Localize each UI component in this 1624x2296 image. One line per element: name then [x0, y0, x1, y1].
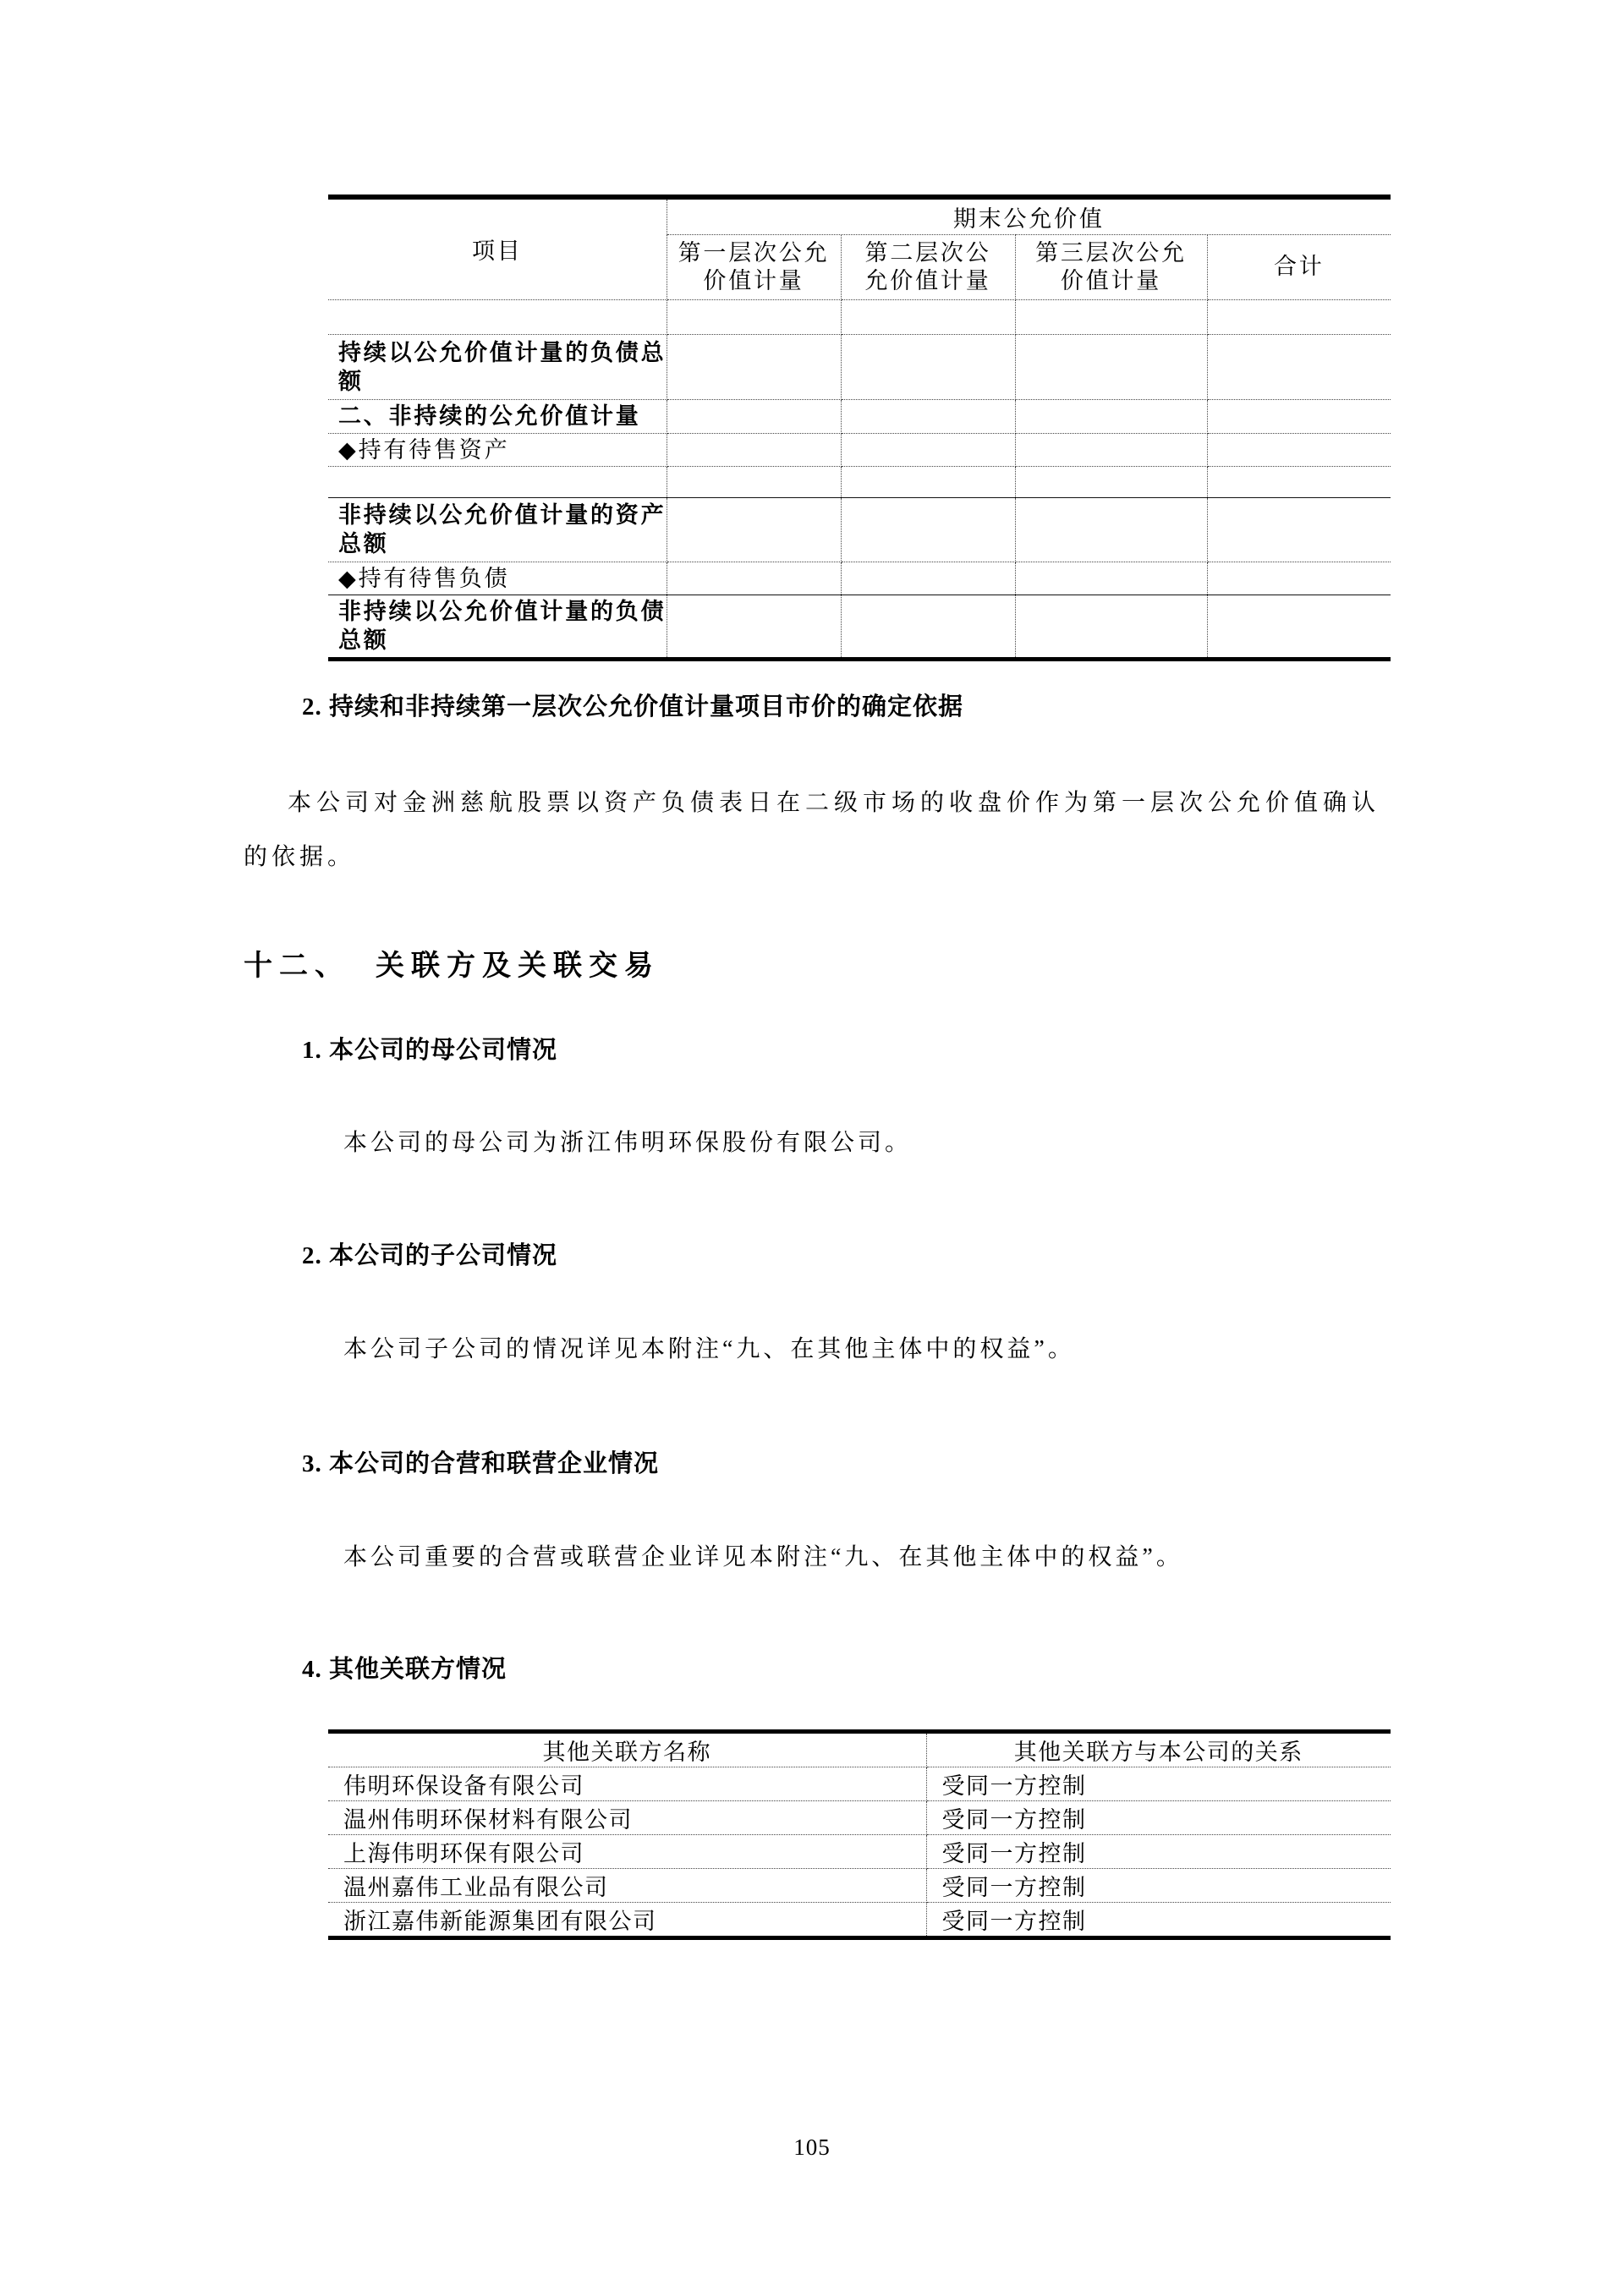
value-cell-level1 — [667, 433, 841, 466]
related-party-name: 上海伟明环保有限公司 — [328, 1835, 926, 1869]
value-cell-level3 — [1015, 466, 1207, 497]
table-row — [328, 466, 1391, 497]
header-line: 价值计量 — [667, 267, 841, 295]
value-cell-level3 — [1015, 433, 1207, 466]
header-line: 第二层次公 — [842, 239, 1015, 267]
chapter-heading: 十二、关联方及关联交易 — [244, 952, 660, 981]
level2-column-header: 第二层次公 允价值计量 — [841, 234, 1015, 299]
header-line: 允价值计量 — [842, 267, 1015, 295]
level3-column-header: 第三层次公允 价值计量 — [1015, 234, 1207, 299]
header-line: 第一层次公允 — [667, 239, 841, 267]
subsection-heading: 2. 本公司的子公司情况 — [302, 1244, 557, 1269]
chapter-number: 十二、 — [244, 951, 350, 982]
period-end-fair-value-header: 期末公允价值 — [667, 197, 1391, 234]
related-party-name: 伟明环保设备有限公司 — [328, 1767, 926, 1801]
value-cell-level3 — [1015, 299, 1207, 334]
related-party-relation-header: 其他关联方与本公司的关系 — [926, 1732, 1391, 1767]
value-cell-level1 — [667, 299, 841, 334]
value-cell-level3 — [1015, 399, 1207, 433]
related-party-name: 温州嘉伟工业品有限公司 — [328, 1869, 926, 1903]
value-cell-total — [1207, 299, 1391, 334]
related-party-name: 浙江嘉伟新能源集团有限公司 — [328, 1903, 926, 1938]
total-column-header: 合计 — [1207, 234, 1391, 299]
value-cell-total — [1207, 466, 1391, 497]
value-cell-level2 — [841, 562, 1015, 595]
value-cell-level2 — [841, 466, 1015, 497]
section-heading: 2. 持续和非持续第一层次公允价值计量项目市价的确定依据 — [302, 695, 963, 720]
value-cell-level3 — [1015, 595, 1207, 659]
table-row: ◆持有待售资产 — [328, 433, 1391, 466]
value-cell-level2 — [841, 433, 1015, 466]
row-label: ◆持有待售负债 — [328, 562, 667, 595]
subsection-heading: 3. 本公司的合营和联营企业情况 — [302, 1452, 659, 1477]
paragraph-line: 本公司重要的合营或联营企业详见本附注“九、在其他主体中的权益”。 — [343, 1546, 1183, 1570]
level1-column-header: 第一层次公允 价值计量 — [667, 234, 841, 299]
paragraph-line: 本公司子公司的情况详见本附注“九、在其他主体中的权益”。 — [343, 1338, 1075, 1362]
paragraph-line: 本公司对金洲慈航股票以资产负债表日在二级市场的收盘价作为第一层次公允价值确认 — [288, 792, 1380, 815]
value-cell-total — [1207, 595, 1391, 659]
table-header-row: 项目 期末公允价值 — [328, 197, 1391, 234]
table-row: 浙江嘉伟新能源集团有限公司 受同一方控制 — [328, 1903, 1391, 1938]
row-label: 持续以公允价值计量的负债总额 — [328, 334, 667, 399]
value-cell-level1 — [667, 562, 841, 595]
row-label: 非持续以公允价值计量的负债总额 — [328, 595, 667, 659]
related-party-name: 温州伟明环保材料有限公司 — [328, 1801, 926, 1835]
table-row: 上海伟明环保有限公司 受同一方控制 — [328, 1835, 1391, 1869]
row-label: 二、非持续的公允价值计量 — [328, 399, 667, 433]
document-page: 项目 期末公允价值 第一层次公允 价值计量 第二层次公 允价值计量 第三层次公允… — [0, 0, 1624, 2296]
table-header-row: 其他关联方名称 其他关联方与本公司的关系 — [328, 1732, 1391, 1767]
paragraph-line: 的依据。 — [244, 846, 355, 869]
subsection-heading: 1. 本公司的母公司情况 — [302, 1038, 557, 1063]
table-row: 非持续以公允价值计量的负债总额 — [328, 595, 1391, 659]
value-cell-level3 — [1015, 562, 1207, 595]
value-cell-total — [1207, 562, 1391, 595]
related-party-relation: 受同一方控制 — [926, 1767, 1391, 1801]
related-party-relation: 受同一方控制 — [926, 1835, 1391, 1869]
table-row: 温州伟明环保材料有限公司 受同一方控制 — [328, 1801, 1391, 1835]
value-cell-level1 — [667, 497, 841, 562]
chapter-title: 关联方及关联交易 — [376, 951, 660, 982]
header-line: 价值计量 — [1016, 267, 1207, 295]
subsection-heading: 4. 其他关联方情况 — [302, 1658, 507, 1682]
value-cell-level3 — [1015, 497, 1207, 562]
value-cell-level1 — [667, 595, 841, 659]
item-column-header: 项目 — [328, 197, 667, 299]
value-cell-level2 — [841, 497, 1015, 562]
header-line: 合计 — [1208, 253, 1391, 281]
table-row: 二、非持续的公允价值计量 — [328, 399, 1391, 433]
table-row: ◆持有待售负债 — [328, 562, 1391, 595]
related-party-relation: 受同一方控制 — [926, 1801, 1391, 1835]
table-row: 伟明环保设备有限公司 受同一方控制 — [328, 1767, 1391, 1801]
value-cell-level2 — [841, 595, 1015, 659]
value-cell-total — [1207, 334, 1391, 399]
row-label — [328, 299, 667, 334]
value-cell-level1 — [667, 334, 841, 399]
value-cell-total — [1207, 497, 1391, 562]
related-party-relation: 受同一方控制 — [926, 1903, 1391, 1938]
value-cell-level1 — [667, 466, 841, 497]
fair-value-table: 项目 期末公允价值 第一层次公允 价值计量 第二层次公 允价值计量 第三层次公允… — [328, 195, 1391, 661]
table-row: 非持续以公允价值计量的资产总额 — [328, 497, 1391, 562]
table-row: 持续以公允价值计量的负债总额 — [328, 334, 1391, 399]
value-cell-level2 — [841, 299, 1015, 334]
table-row — [328, 299, 1391, 334]
value-cell-total — [1207, 433, 1391, 466]
related-party-relation: 受同一方控制 — [926, 1869, 1391, 1903]
paragraph-line: 本公司的母公司为浙江伟明环保股份有限公司。 — [343, 1132, 912, 1155]
value-cell-total — [1207, 399, 1391, 433]
table-row: 温州嘉伟工业品有限公司 受同一方控制 — [328, 1869, 1391, 1903]
page-number: 105 — [761, 2136, 863, 2159]
row-label: ◆持有待售资产 — [328, 433, 667, 466]
row-label: 非持续以公允价值计量的资产总额 — [328, 497, 667, 562]
row-label — [328, 466, 667, 497]
header-line: 第三层次公允 — [1016, 239, 1207, 267]
value-cell-level3 — [1015, 334, 1207, 399]
value-cell-level2 — [841, 334, 1015, 399]
value-cell-level2 — [841, 399, 1015, 433]
related-party-table: 其他关联方名称 其他关联方与本公司的关系 伟明环保设备有限公司 受同一方控制 温… — [328, 1729, 1391, 1940]
value-cell-level1 — [667, 399, 841, 433]
related-party-name-header: 其他关联方名称 — [328, 1732, 926, 1767]
